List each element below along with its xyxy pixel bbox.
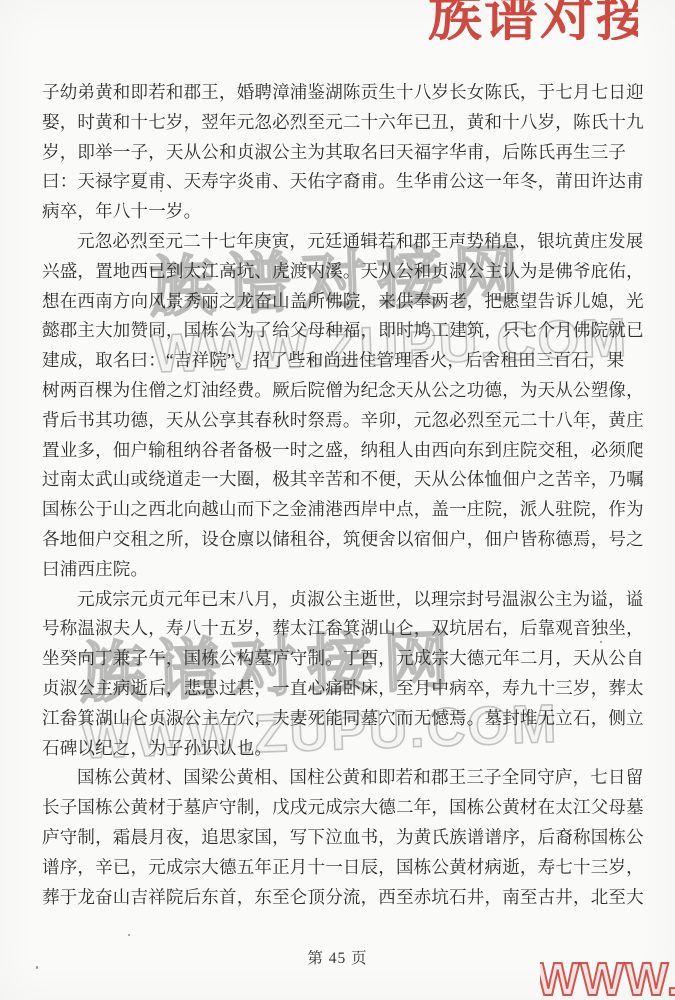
text-line: 国栋公黄材、国梁公黄相、国柱公黄和即若和郡王三子全同守庐，七日留 (42, 763, 642, 793)
text-line: 曰浦西庄院。 (42, 555, 642, 585)
text-line: 建成，取名曰：“吉祥院”。招了些和尚进住管理香火，后舍租田三百石，果 (42, 346, 642, 376)
text-line: 曰：天禄字夏甫、天寿字炎甫、天佑字裔甫。生华甫公这一年冬，莆田许达甫 (42, 167, 642, 197)
text-line: 置业多，佃户输租纳谷者备极一时之盛，纳租人由西向东到庄院交租，必须爬 (42, 436, 642, 466)
paragraph: 元成宗元贞元年已末八月，贞淑公主逝世，以理宗封号温淑公主为谥，谥号称温淑夫人，寿… (42, 585, 642, 764)
text-line: 娶，时黄和十七岁，翌年元忽必烈至元二十六年已丑，黄和十八岁，陈氏十九 (42, 108, 642, 138)
text-line: 岁，即举一子，天从公和贞淑公主为其取名曰天福字华甫，后陈氏再生三子 (42, 138, 642, 168)
scanned-document-page: 族谱对接网 WWW.ZUPU.COM 族谱对接网 WWW.ZUPU.COM 族谱… (0, 0, 675, 1000)
text-line: 葬于龙奋山吉祥院后东首，东至仑顶分流，西至赤坑石井，南至古井，北至大 (42, 883, 642, 913)
paragraph: 子幼弟黄和即若和郡王，婚聘漳浦鉴湖陈贡生十八岁长女陈氏，于七月七日迎娶，时黄和十… (42, 78, 642, 227)
paragraph: 元忽必烈至元二十七年庚寅，元廷通辑若和郡王声势稍息，银坑黄庄发展兴盛，置地西已到… (42, 227, 642, 585)
text-line: 元成宗元贞元年已末八月，贞淑公主逝世，以理宗封号温淑公主为谥，谥 (42, 585, 642, 615)
paragraph: 国栋公黄材、国梁公黄相、国柱公黄和即若和郡王三子全同守庐，七日留长子国栋公黄材于… (42, 763, 642, 912)
text-line: 元忽必烈至元二十七年庚寅，元廷通辑若和郡王声势稍息，银坑黄庄发展 (42, 227, 642, 257)
text-line: 想在西南方向风景秀丽之龙奋山盖所佛院，来供奉两老，把愿望告诉儿媳，光 (42, 287, 642, 317)
scan-speckle (128, 934, 130, 936)
text-line: 各地佃户交租之所，设仓廪以储租谷，筑便舍以宿佃户，佃户皆称德焉，号之 (42, 525, 642, 555)
text-line: 过南太武山或绕道走一大圈，极其辛苦和不便，天从公体恤佃户之苦辛，乃嘱 (42, 465, 642, 495)
text-line: 号称温淑夫人，寿八十五岁，葬太江畚箕湖山仑，双坑居右，后靠观音独坐， (42, 614, 642, 644)
text-line: 子幼弟黄和即若和郡王，婚聘漳浦鉴湖陈贡生十八岁长女陈氏，于七月七日迎 (42, 78, 642, 108)
text-line: 庐守制，霜晨月夜，追思家国，写下泣血书，为黄氏族谱谱序，后裔称国栋公 (42, 823, 642, 853)
text-line: 石碑以纪之，为子孙识认也。 (42, 734, 642, 764)
text-line: 长子国栋公黄材于墓庐守制，戊戌元成宗大德二年，国栋公黄材在太江父母墓 (42, 793, 642, 823)
page-number: 第 45 页 (0, 946, 675, 968)
red-watermark-fragment-top: 族谱对接网 (428, 0, 638, 40)
text-line: 病卒，年八十一岁。 (42, 197, 642, 227)
text-line: 坐癸向丁兼子午，国栋公构墓庐守制。丁酉，元成宗大德元年二月，天从公自 (42, 644, 642, 674)
text-line: 谱序，辛已，元成宗大德五年正月十一日辰，国栋公黄材病逝，寿七十三岁， (42, 853, 642, 883)
text-line: 背后书其功德，天从公享其春秋时祭焉。辛卯，元忽必烈至元二十八年，黄庄 (42, 406, 642, 436)
text-line: 国栋公于山之西北向越山而下之金浦港西岸中点，盖一庄院，派人驻院，作为 (42, 495, 642, 525)
text-line: 贞淑公主病逝后，悲思过甚，一直心痛卧床，至月中病卒，寿九十三岁，葬太 (42, 674, 642, 704)
text-line: 兴盛，置地西已到太江高坑、虎渡内溪。天从公和贞淑公主认为是佛爷庇佑， (42, 257, 642, 287)
text-block: 子幼弟黄和即若和郡王，婚聘漳浦鉴湖陈贡生十八岁长女陈氏，于七月七日迎娶，时黄和十… (42, 78, 642, 912)
text-line: 江畚箕湖山仑贞淑公主左穴，夫妻死能同墓穴而无憾焉。墓封堆无立石，侧立 (42, 704, 642, 734)
text-line: 树两百棵为住僧之灯油经费。厥后院僧为纪念天从公之功德，为天从公塑像， (42, 376, 642, 406)
text-line: 懿郡主大加赞同，国栋公为了给父母种福，即时鸠工建筑，只七个月佛院就已 (42, 316, 642, 346)
